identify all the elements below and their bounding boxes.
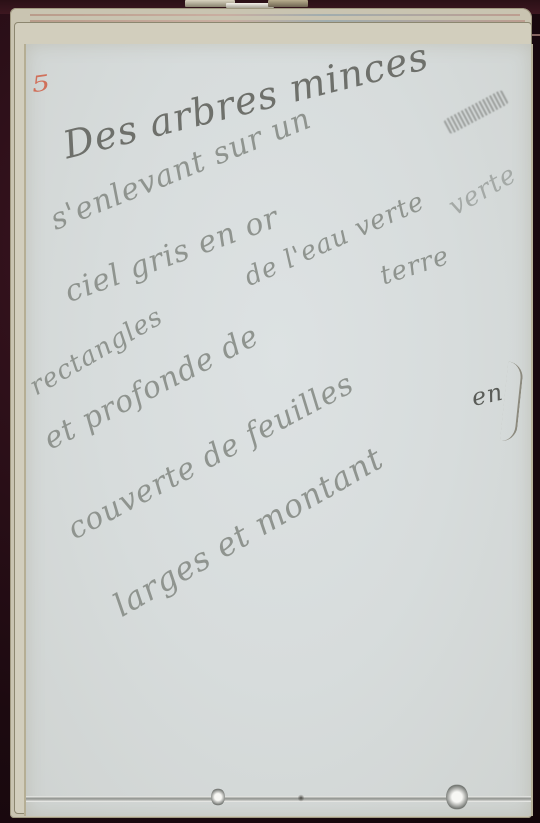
notebook-photo: 5 Des arbres minces s'enlevant sur un ci… [0, 0, 540, 823]
notebook-page: 5 Des arbres minces s'enlevant sur un ci… [24, 44, 533, 816]
page-number: 5 [30, 71, 52, 98]
handwritten-line: terre [376, 241, 453, 292]
struck-out-word [441, 89, 510, 136]
handwritten-line: en [469, 378, 506, 412]
paper-tear [211, 788, 225, 806]
margin-bracket [500, 361, 524, 442]
ink-speck [298, 794, 304, 802]
page-edge [30, 14, 520, 16]
handwritten-line: verte [444, 159, 523, 222]
clasp-right [268, 0, 308, 7]
paper-tear [446, 784, 468, 810]
handwritten-line: larges et montant [107, 439, 390, 625]
